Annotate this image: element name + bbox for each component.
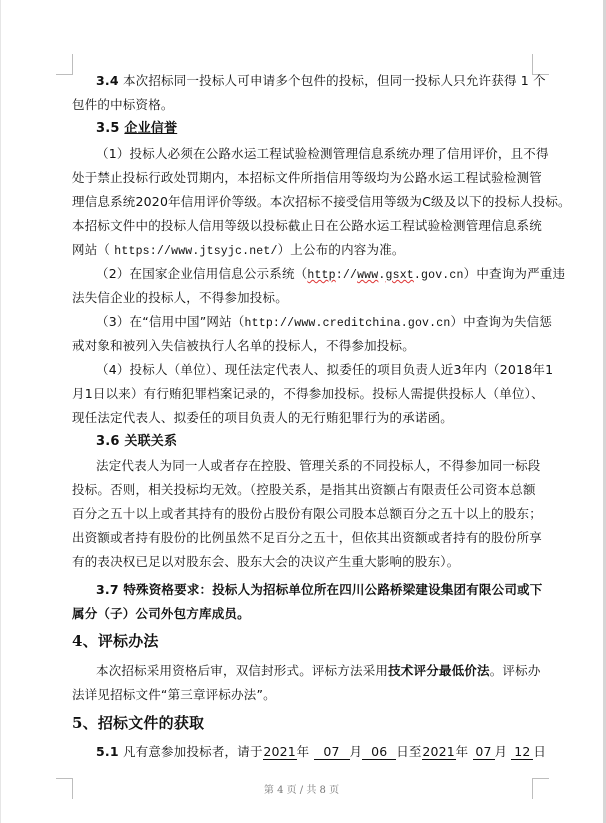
evaluation-method: 技术评分最低价法 — [388, 663, 490, 678]
s4-line-2: 法详见招标文件“第三章评标办法”。 — [72, 687, 532, 703]
s5-1-line-1: 5.1 凡有意参加投标者，请于2021年 07月06日至2021年 07月 12… — [96, 744, 556, 760]
s4-line-1: 本次招标采用资格后审，双信封形式。评标方法采用技术评分最低价法。评标办 — [96, 663, 556, 679]
s3-5-p1-line-5: 网站（ https://www.jtsyjc.net/）上公布的内容为准。 — [72, 242, 532, 260]
section-3-4-line-2: 包件的中标资格。 — [72, 97, 532, 113]
page-footer: 第 4 页 / 共 8 页 — [0, 781, 603, 796]
section-number: 3.4 — [96, 73, 119, 88]
section-5-heading: 5、招标文件的获取 — [72, 715, 532, 731]
end-day-field: 12 — [511, 745, 533, 760]
s3-6-line-5: 有的表决权已足以对股东会、股东大会的决议产生重大影响的股东）。 — [72, 554, 532, 570]
section-3-5-heading: 3.5 企业信誉 — [96, 121, 556, 137]
s3-5-p4-line-1: （4）投标人（单位）、现任法定代表人、拟委任的项目负责人近3年内（2018年1 — [96, 362, 556, 378]
s3-6-line-4: 出资额或者持有股份的比例虽然不足百分之五十，但依其出资额或者持有的股份所享 — [72, 530, 532, 546]
s3-5-p4-line-3: 现任法定代表人、拟委任的项目负责人的无行贿犯罪行为的承诺函。 — [72, 410, 532, 426]
s3-6-line-2: 投标。否则，相关投标均无效。（控股关系，是指其出资额占有限责任公司资本总额 — [72, 482, 532, 498]
page-left-edge — [0, 0, 1, 823]
section-3-4-line-1: 3.4 本次招标同一投标人可申请多个包件的投标，但同一投标人只允许获得 1 个 — [96, 73, 556, 89]
s3-5-p1-line-2: 处于禁止投标行政处罚期内，本招标文件所指信用等级均为公路水运工程试验检测管 — [72, 170, 532, 186]
creditchina-url: http://www.creditchina.gov.cn — [245, 317, 451, 330]
end-year-field: 2021 — [422, 745, 456, 760]
section-4-heading: 4、评标办法 — [72, 633, 532, 649]
section-title: 关联关系 — [124, 434, 177, 449]
document-page: 3.4 本次招标同一投标人可申请多个包件的投标，但同一投标人只允许获得 1 个 … — [0, 0, 603, 823]
section-3-7-line-1: 3.7 特殊资格要求：投标人为招标单位所在四川公路桥梁建设集团有限公司或下 — [96, 582, 556, 598]
s3-5-p3-line-2: 戒对象和被列入失信被执行人名单的投标人，不得参加投标。 — [72, 338, 532, 354]
section-3-7-line-2: 属分（子）公司外包方库成员。 — [72, 606, 532, 622]
margin-corner-top-right — [532, 54, 549, 75]
start-day-field: 06 — [362, 745, 396, 760]
gsxt-url: http://www.gsxt.gov.cn — [307, 269, 463, 282]
jtsyjc-url: https://www.jtsyjc.net/ — [114, 245, 277, 258]
start-year-field: 2021 — [263, 745, 297, 760]
s3-6-line-3: 百分之五十以上或者其持有的股份占股份有限公司股本总额百分之五十以上的股东； — [72, 506, 532, 522]
s3-5-p3-line-1: （3）在“信用中国”网站（http://www.creditchina.gov.… — [96, 314, 556, 332]
section-title: 企业信誉 — [124, 121, 177, 136]
start-month-field: 07 — [314, 745, 350, 760]
s3-5-p4-line-2: 月1日以来）有行贿犯罪档案记录的，不得参加投标。投标人需提供投标人（单位）、 — [72, 386, 532, 402]
s3-5-p1-line-1: （1）投标人必须在公路水运工程试验检测管理信息系统办理了信用评价，且不得 — [96, 146, 556, 162]
s3-5-p2-line-2: 法失信企业的投标人，不得参加投标。 — [72, 290, 532, 306]
s3-6-line-1: 法定代表人为同一人或者存在控股、管理关系的不同投标人，不得参加同一标段 — [96, 458, 556, 474]
s3-5-p2-line-1: （2）在国家企业信用信息公示系统（http://www.gsxt.gov.cn）… — [96, 266, 556, 284]
section-3-6-heading: 3.6 关联关系 — [96, 434, 556, 450]
s3-5-p1-line-3: 理信息系统2020年信用评价等级。本次招标不接受信用等级为C级及以下的投标人投标… — [72, 194, 532, 210]
margin-corner-top-left — [56, 54, 73, 75]
s3-5-p1-line-4: 本招标文件中的投标人信用等级以投标截止日在公路水运工程试验检测管理信息系统 — [72, 218, 532, 234]
end-month-field: 07 — [473, 745, 495, 760]
